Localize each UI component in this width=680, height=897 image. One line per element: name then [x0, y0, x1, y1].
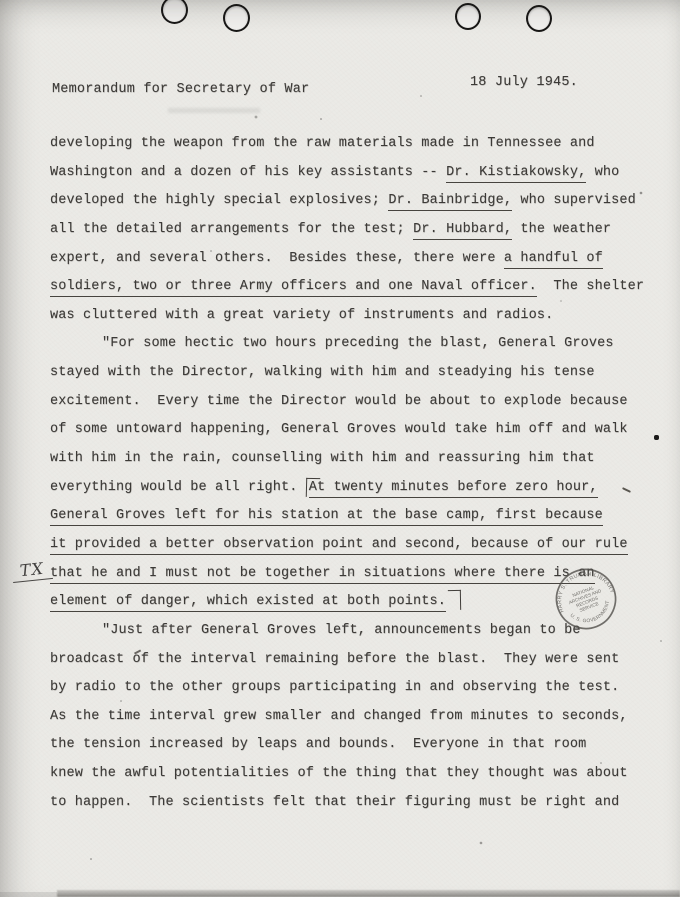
text-line: stayed with the Director, walking with h…	[50, 359, 642, 388]
text-run: who supervised	[512, 193, 636, 208]
scan-edge-shadow	[57, 890, 680, 897]
handwritten-margin-note: TX	[11, 558, 53, 583]
text-line: expert, and several others. Besides thes…	[50, 245, 642, 274]
text-line: all the detailed arrangements for the te…	[50, 216, 642, 245]
underlined-text: General Groves left for his station at t…	[50, 508, 603, 526]
text-run: As the time interval grew smaller and ch…	[50, 709, 628, 724]
text-run: The shelter	[537, 279, 644, 294]
text-line: to happen. The scientists felt that thei…	[50, 789, 642, 818]
scan-noise-dots	[0, 0, 2, 2]
text-line: was cluttered with a great variety of in…	[50, 302, 642, 331]
memo-title: Memorandum for Secretary of War	[52, 82, 309, 97]
text-run: Washington and a dozen of his key assist…	[50, 165, 446, 180]
memo-date: 18 July 1945.	[470, 75, 578, 90]
text-run: excitement. Every time the Director woul…	[50, 394, 628, 409]
text-line: the tension increased by leaps and bound…	[50, 731, 642, 760]
text-run: with him in the rain, counselling with h…	[50, 451, 595, 466]
text-run: the weather	[512, 222, 611, 237]
ink-blot	[654, 435, 659, 440]
punch-hole	[223, 4, 250, 32]
underlined-text: element of danger, which existed at both…	[50, 594, 446, 612]
text-line: General Groves left for his station at t…	[50, 502, 642, 531]
text-run: of some untoward happening, General Grov…	[50, 422, 628, 437]
text-run: stayed with the Director, walking with h…	[50, 365, 595, 380]
scanned-memo-page: Memorandum for Secretary of War 18 July …	[0, 0, 680, 897]
scan-smudge	[168, 108, 260, 113]
text-run: was cluttered with a great variety of in…	[50, 308, 553, 323]
text-line: soldiers, two or three Army officers and…	[50, 273, 642, 302]
text-line: by radio to the other groups participati…	[50, 674, 642, 703]
text-run: to happen. The scientists felt that thei…	[50, 795, 619, 810]
underlined-text: it provided a better observation point a…	[50, 537, 628, 555]
text-line: developed the highly special explosives;…	[50, 187, 642, 216]
text-run: expert, and several others. Besides thes…	[50, 251, 504, 266]
text-run: the tension increased by leaps and bound…	[50, 737, 586, 752]
text-line: developing the weapon from the raw mater…	[50, 130, 642, 159]
text-line: As the time interval grew smaller and ch…	[50, 703, 642, 732]
text-run: "For some hectic two hours preceding the…	[102, 336, 614, 351]
underlined-text: that he and I must not be together in si…	[50, 566, 595, 584]
punch-hole	[161, 0, 188, 24]
text-line: "For some hectic two hours preceding the…	[50, 330, 642, 359]
text-run: everything would be all right.	[50, 480, 306, 495]
underlined-text: soldiers, two or three Army officers and…	[50, 279, 537, 297]
text-line: knew the awful potentialities of the thi…	[50, 760, 642, 789]
text-run: developed the highly special explosives;	[50, 193, 388, 208]
text-line: "Just after General Groves left, announc…	[50, 617, 642, 646]
text-line: of some untoward happening, General Grov…	[50, 416, 642, 445]
handdrawn-bracket-close	[448, 590, 461, 610]
handdrawn-bracket-open	[306, 478, 320, 497]
underlined-text: a handful of	[504, 251, 603, 269]
document-body: developing the weapon from the raw mater…	[50, 130, 642, 817]
punch-hole	[455, 3, 481, 30]
underlined-text: Dr. Kistiakowsky,	[446, 165, 586, 183]
text-line: it provided a better observation point a…	[50, 531, 642, 560]
scan-edge-shadow-left	[0, 892, 57, 897]
underlined-text: Dr. Bainbridge,	[388, 193, 512, 211]
text-line: excitement. Every time the Director woul…	[50, 388, 642, 417]
text-run: all the detailed arrangements for the te…	[50, 222, 413, 237]
text-run: who	[586, 165, 619, 180]
text-run: developing the weapon from the raw mater…	[50, 136, 595, 151]
text-line: with him in the rain, counselling with h…	[50, 445, 642, 474]
text-line: everything would be all right. At twenty…	[50, 474, 642, 503]
text-run: knew the awful potentialities of the thi…	[50, 766, 628, 781]
underlined-text: Dr. Hubbard,	[413, 222, 512, 240]
text-run: by radio to the other groups participati…	[50, 680, 619, 695]
text-line: Washington and a dozen of his key assist…	[50, 159, 642, 188]
underlined-text: At twenty minutes before zero hour,	[309, 480, 598, 498]
text-run: "Just after General Groves left, announc…	[102, 623, 581, 638]
punch-hole	[526, 5, 552, 32]
